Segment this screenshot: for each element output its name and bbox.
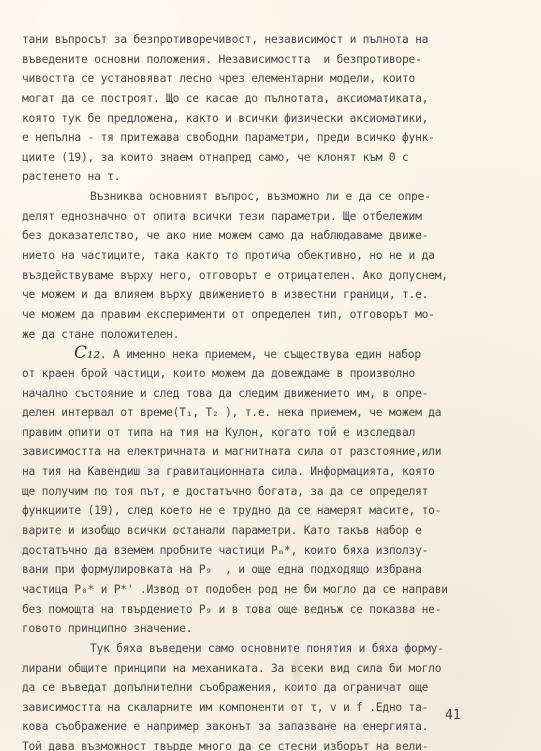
- text-line: зависимостта на скаларните им компоненти…: [22, 698, 497, 718]
- text-line: която тук бе предложена, както и всички …: [22, 109, 497, 129]
- text-line: ще получим по тоя път, е достатъчно бога…: [22, 482, 497, 502]
- text-line: е непълна - тя притежава свободни параме…: [22, 128, 497, 148]
- text-line: зависимостта на електричната и магнитнат…: [22, 442, 497, 462]
- paper-smudge: [290, 640, 304, 700]
- text-line: вани при формулировката на P₉ , и още ед…: [22, 560, 497, 580]
- text-line: C₁₂. А именно нека приемем, че съществув…: [22, 344, 497, 364]
- text-line: начално състояние и след това да следим …: [22, 384, 497, 404]
- text-line: делят еднозначно от опита всички тези па…: [22, 207, 497, 227]
- text-line: же да стане положителен.: [22, 325, 497, 345]
- text-line: чивостта се установяват лесно чрез елеме…: [22, 69, 497, 89]
- text-line: тани въпросът за безпротиворечивост, нез…: [22, 30, 497, 50]
- text-segment: . А именно нека приемем, че съществува е…: [100, 348, 421, 361]
- paragraph-4: Тук бяха въведени само основните понятия…: [22, 639, 497, 751]
- text-line: без помощта на твърдението P₉ и в това о…: [22, 600, 497, 620]
- text-line: от краен брой частици, които можем да до…: [22, 364, 497, 384]
- text-line: циите (19), за които знаем отнапред само…: [22, 148, 497, 168]
- text-line: говото принципно значение.: [22, 619, 497, 639]
- text-line: въздействуваме върху него, отговорът е о…: [22, 266, 497, 286]
- text-line: без доказателство, че ако ние можем само…: [22, 226, 497, 246]
- page-number: 41: [445, 708, 461, 723]
- text-line: достатъчно да вземем пробните частици Pₘ…: [22, 541, 497, 561]
- text-line: варите и изобщо всички останали параметр…: [22, 521, 497, 541]
- text-line: могат да се построят. Що се касае до пъл…: [22, 89, 497, 109]
- text-line: нието на частиците, така както то протич…: [22, 246, 497, 266]
- text-line: кова съображение е например законът за з…: [22, 717, 497, 737]
- text-line: функциите (19), след което не е трудно д…: [22, 501, 497, 521]
- text-line: Възниква основният въпрос, възможно ли е…: [22, 187, 497, 207]
- text-line: Той дава възможност твърде много да се с…: [22, 737, 497, 751]
- paragraph-2: Възниква основният въпрос, възможно ли е…: [22, 187, 497, 344]
- document-page: тани въпросът за безпротиворечивост, нез…: [22, 30, 497, 751]
- text-line: че можем да правим експерименти от опред…: [22, 305, 497, 325]
- text-line: частица P₀* и P*' .Извод от подобен род …: [22, 580, 497, 600]
- text-line: че можем и да влияем върху движението в …: [22, 285, 497, 305]
- text-line: растенето на τ.: [22, 167, 497, 187]
- paragraph-3: C₁₂. А именно нека приемем, че съществув…: [22, 344, 497, 639]
- text-line: правим опити от типа на тия на Кулон, ко…: [22, 423, 497, 443]
- handwritten-label: C₁₂: [74, 343, 100, 363]
- text-line: въведените основни положения. Независимо…: [22, 50, 497, 70]
- text-line: делен интервал от време(T₁, T₂ ), т.е. н…: [22, 403, 497, 423]
- text-line: Тук бяха въведени само основните понятия…: [22, 639, 497, 659]
- text-line: да се въведат допълнителни съображения, …: [22, 678, 497, 698]
- paragraph-1: тани въпросът за безпротиворечивост, нез…: [22, 30, 497, 187]
- text-line: лирани общите принципи на механиката. За…: [22, 659, 497, 679]
- text-line: на тия на Кавендиш за гравитационната си…: [22, 462, 497, 482]
